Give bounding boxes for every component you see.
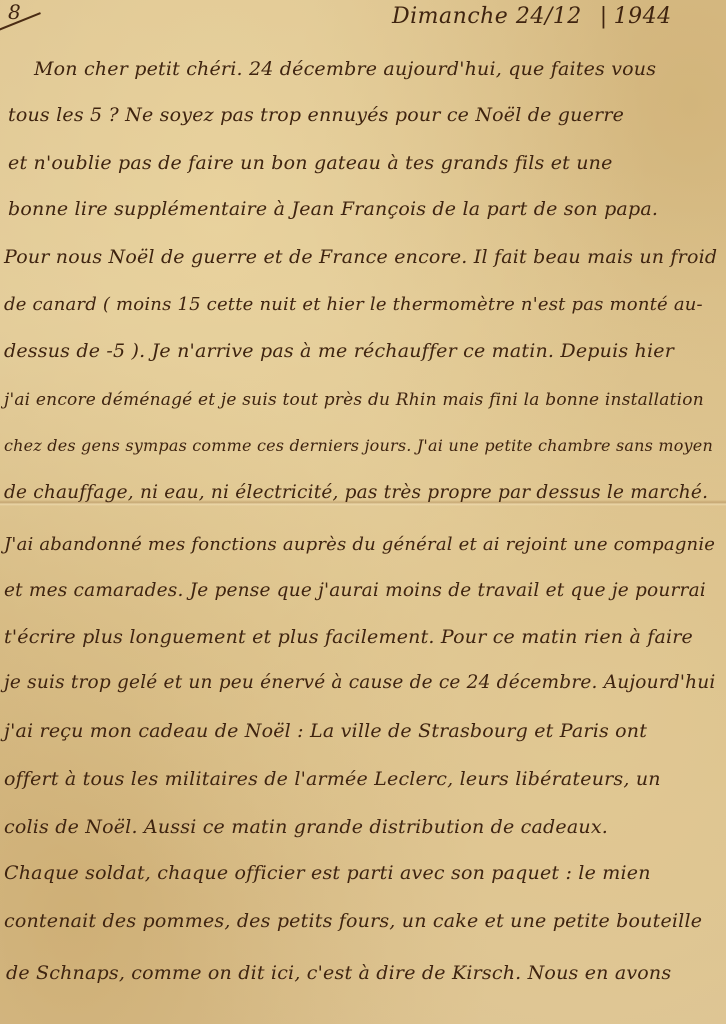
- letter-line: j'ai reçu mon cadeau de Noël : La ville …: [4, 720, 647, 742]
- letter-line: de canard ( moins 15 cette nuit et hier …: [4, 294, 703, 315]
- letter-line: contenait des pommes, des petits fours, …: [4, 910, 702, 932]
- letter-date: Dimanche 24/12|1944: [392, 4, 672, 29]
- letter-line: j'ai encore déménagé et je suis tout prè…: [4, 390, 704, 410]
- letter-line: et mes camarades. Je pense que j'aurai m…: [4, 580, 706, 601]
- letter-line: de chauffage, ni eau, ni électricité, pa…: [4, 482, 708, 503]
- letter-line: tous les 5 ? Ne soyez pas trop ennuyés p…: [8, 104, 624, 126]
- letter-line: Pour nous Noël de guerre et de France en…: [4, 246, 717, 268]
- date-separator: |: [600, 4, 608, 29]
- letter-line: dessus de -5 ). Je n'arrive pas à me réc…: [4, 340, 674, 362]
- letter-line: J'ai abandonné mes fonctions auprès du g…: [4, 534, 715, 555]
- letter-page: 8 Dimanche 24/12|1944 Mon cher petit ché…: [0, 0, 726, 1024]
- date-text: Dimanche 24/12: [392, 4, 582, 29]
- letter-line: bonne lire supplémentaire à Jean Françoi…: [8, 198, 658, 220]
- letter-line: chez des gens sympas comme ces derniers …: [4, 436, 713, 455]
- letter-line: je suis trop gelé et un peu énervé à cau…: [4, 672, 715, 693]
- letter-line: et n'oublie pas de faire un bon gateau à…: [8, 152, 613, 174]
- letter-line: t'écrire plus longuement et plus facilem…: [4, 626, 693, 648]
- letter-line: Chaque soldat, chaque officier est parti…: [4, 862, 651, 884]
- letter-line: de Schnaps, comme on dit ici, c'est à di…: [6, 962, 671, 984]
- letter-line: colis de Noël. Aussi ce matin grande dis…: [4, 816, 608, 838]
- letter-line: Mon cher petit chéri. 24 décembre aujour…: [34, 58, 656, 80]
- date-year: 1944: [614, 4, 672, 29]
- letter-line: offert à tous les militaires de l'armée …: [4, 768, 661, 790]
